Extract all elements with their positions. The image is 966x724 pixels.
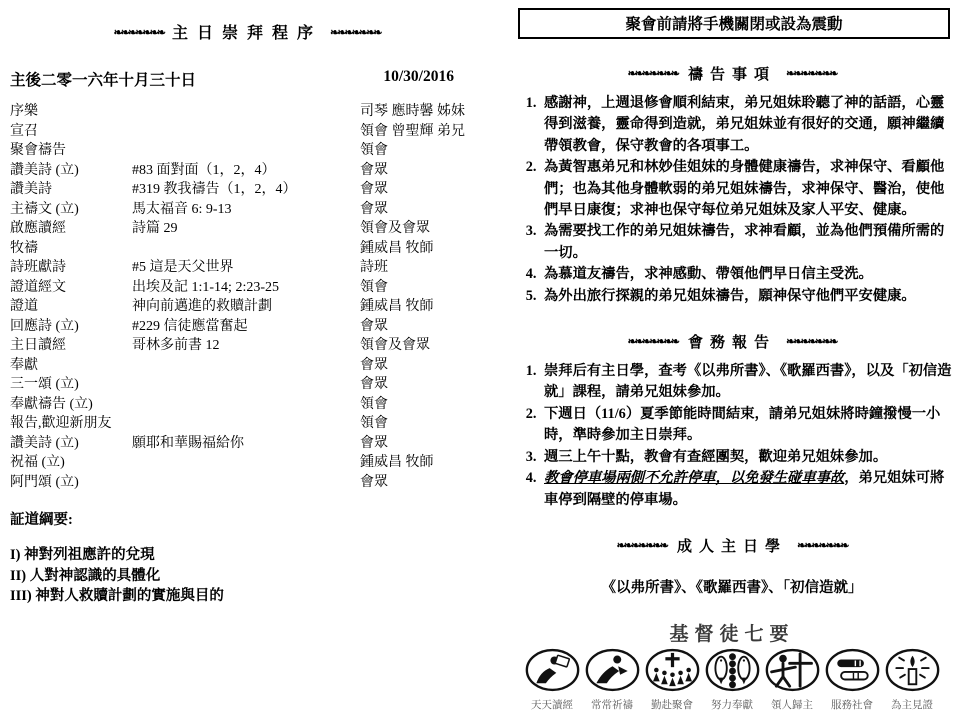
program-row: 祝福 (立) 鍾威昌 牧師: [10, 453, 484, 473]
program-row: 序樂 司琴 應時馨 姊妹: [10, 102, 484, 122]
essential-label: 為主見證: [883, 697, 942, 712]
program-item-label: 主禱文 (立): [10, 200, 132, 220]
sermon-outline-item: I) 神對列祖應許的兌現: [10, 545, 484, 566]
sermon-outline-item: III) 神對人救贖計劃的實施與目的: [10, 586, 484, 607]
program-row: 讚美詩 (立) 願耶和華賜福給你 會眾: [10, 434, 484, 454]
program-item-credit: 領會及會眾: [360, 219, 484, 239]
report-item: 崇拜后有主日學，查考《以弗所書》、《歌羅西書》，以及「初信造就」課程，請弟兄姐妹…: [540, 361, 958, 404]
report-item-text: 下週日（11/6）夏季節能時間結束，請弟兄姐妹將時鐘撥慢一小時，準時參加主日崇拜…: [544, 406, 940, 443]
sunday-school-books: 《以弗所書》、《歌羅西書》、「初信造就」: [506, 576, 958, 597]
scroll-ornament-icon: ❧❧❧❧❧❧❧: [627, 68, 678, 80]
program-item-label: 啟應讀經: [10, 219, 132, 239]
program-item-credit: 會眾: [360, 434, 484, 454]
program-item-credit: 會眾: [360, 317, 484, 337]
program-item-detail: 願耶和華賜福給你: [132, 434, 360, 454]
program-item-detail: #319 教我禱告（1，2，4）: [132, 180, 360, 200]
seven-essentials-icons-row: 天天讀經 常常祈禱 勤赴聚會: [506, 648, 958, 712]
program-row: 主日讀經 哥林多前書 12 領會及會眾: [10, 336, 484, 356]
program-item-detail: [132, 356, 360, 376]
program-row: 啟應讀經 詩篇 29 領會及會眾: [10, 219, 484, 239]
essential-gathering: 勤赴聚會: [643, 648, 702, 712]
sermon-outline-item: II) 人對神認識的具體化: [10, 566, 484, 587]
program-item-label: 報告,歡迎新朋友: [10, 414, 132, 434]
program-row: 回應詩 (立) #229 信徒應當奮起 會眾: [10, 317, 484, 337]
report-item: 下週日（11/6）夏季節能時間結束，請弟兄姐妹將時鐘撥慢一小時，準時參加主日崇拜…: [540, 404, 958, 447]
prayer-item: 為需要找工作的弟兄姐妹禱告，求神看顧，並為他們預備所需的一切。: [540, 221, 958, 264]
program-item-label: 聚會禱告: [10, 141, 132, 161]
service-date-row: 主後二零一六年十月三十日 10/30/2016: [10, 68, 484, 90]
program-item-credit: 司琴 應時馨 姊妹: [360, 102, 484, 122]
program-item-credit: 領會: [360, 395, 484, 415]
essential-evangelism: 領人歸主: [763, 648, 822, 712]
essential-reading: 天天讀經: [523, 648, 582, 712]
essential-prayer: 常常祈禱: [583, 648, 642, 712]
serving-icon: [824, 648, 881, 692]
scroll-ornament-icon: ❧❧❧❧❧❧❧: [113, 27, 164, 39]
program-item-credit: 會眾: [360, 356, 484, 376]
program-item-label: 宣召: [10, 122, 132, 142]
scroll-ornament-icon: ❧❧❧❧❧❧❧: [330, 27, 381, 39]
praying-icon: [584, 648, 641, 692]
essential-label: 領人歸主: [763, 697, 822, 712]
program-row: 阿門頌 (立) 會眾: [10, 473, 484, 493]
seven-essentials-title: 基督徒七要: [506, 619, 958, 646]
program-row: 牧禱 鍾威昌 牧師: [10, 239, 484, 259]
scroll-ornament-icon: ❧❧❧❧❧❧❧: [786, 336, 837, 348]
program-item-detail: #83 面對面（1，2，4）: [132, 161, 360, 181]
program-row: 奉獻 會眾: [10, 356, 484, 376]
prayer-item: 感謝神，上週退修會順利結束，弟兄姐妹聆聽了神的話語，心靈得到滋養，靈命得到造就，…: [540, 93, 958, 157]
service-date-numeric: 10/30/2016: [383, 68, 454, 90]
program-item-detail: [132, 141, 360, 161]
program-item-detail: [132, 395, 360, 415]
worship-program-column: ❧❧❧❧❧❧❧ 主日崇拜程序 ❧❧❧❧❧❧❧ 主後二零一六年十月三十日 10/3…: [10, 0, 484, 607]
program-item-label: 主日讀經: [10, 336, 132, 356]
program-item-detail: [132, 239, 360, 259]
program-item-credit: 會眾: [360, 161, 484, 181]
phone-notice-box: 聚會前請將手機關閉或設為震動: [518, 8, 950, 39]
essential-label: 常常祈禱: [583, 697, 642, 712]
program-item-detail: #5 這是天父世界: [132, 258, 360, 278]
program-item-label: 詩班獻詩: [10, 258, 132, 278]
reading-bible-icon: [524, 648, 581, 692]
program-row: 讚美詩 #319 教我禱告（1，2，4） 會眾: [10, 180, 484, 200]
program-row: 證道 神向前邁進的救贖計劃 鍾威昌 牧師: [10, 297, 484, 317]
program-item-detail: 詩篇 29: [132, 219, 360, 239]
program-item-credit: 鍾威昌 牧師: [360, 453, 484, 473]
essential-label: 服務社會: [823, 697, 882, 712]
program-item-label: 讚美詩 (立): [10, 161, 132, 181]
essential-service: 服務社會: [823, 648, 882, 712]
program-item-label: 祝福 (立): [10, 453, 132, 473]
program-item-detail: [132, 473, 360, 493]
program-item-detail: [132, 414, 360, 434]
sunday-school-header: ❧❧❧❧❧❧❧ 成人主日學 ❧❧❧❧❧❧❧: [506, 535, 958, 556]
witness-icon: [884, 648, 941, 692]
program-item-label: 回應詩 (立): [10, 317, 132, 337]
program-item-label: 證道: [10, 297, 132, 317]
program-item-detail: 馬太福音 6: 9-13: [132, 200, 360, 220]
page-title-row: ❧❧❧❧❧❧❧ 主日崇拜程序 ❧❧❧❧❧❧❧: [10, 20, 484, 43]
program-item-credit: 領會: [360, 141, 484, 161]
program-item-label: 奉獻禱告 (立): [10, 395, 132, 415]
program-item-detail: [132, 375, 360, 395]
program-item-credit: 會眾: [360, 180, 484, 200]
lead-to-lord-icon: [764, 648, 821, 692]
program-item-credit: 領會: [360, 278, 484, 298]
service-date-chinese: 主後二零一六年十月三十日: [10, 68, 196, 90]
program-item-credit: 鍾威昌 牧師: [360, 239, 484, 259]
essential-label: 努力奉獻: [703, 697, 762, 712]
program-item-label: 讚美詩: [10, 180, 132, 200]
scroll-ornament-icon: ❧❧❧❧❧❧❧: [797, 540, 848, 552]
worship-program-list: 序樂 司琴 應時馨 姊妹 宣召 領會 曾聖輝 弟兄 聚會禱告 領會 讚美詩 (立…: [10, 102, 484, 492]
program-item-detail: #229 信徒應當奮起: [132, 317, 360, 337]
program-item-detail: [132, 122, 360, 142]
report-items-list: 崇拜后有主日學，查考《以弗所書》、《歌羅西書》，以及「初信造就」課程，請弟兄姐妹…: [506, 361, 958, 511]
program-item-credit: 領會: [360, 414, 484, 434]
essential-offering: 努力奉獻: [703, 648, 762, 712]
essential-label: 天天讀經: [523, 697, 582, 712]
program-row: 三一頌 (立) 會眾: [10, 375, 484, 395]
report-section-header: ❧❧❧❧❧❧❧ 會務報告 ❧❧❧❧❧❧❧: [506, 331, 958, 352]
prayer-section-header: ❧❧❧❧❧❧❧ 禱告事項 ❧❧❧❧❧❧❧: [506, 63, 958, 84]
prayer-item: 為黃智惠弟兄和林妙佳姐妹的身體健康禱告，求神保守、看顧他們；也為其他身體軟弱的弟…: [540, 157, 958, 221]
report-item: 週三上午十點，教會有查經團契，歡迎弟兄姐妹參加。: [540, 447, 958, 468]
program-row: 詩班獻詩 #5 這是天父世界 詩班: [10, 258, 484, 278]
program-item-credit: 會眾: [360, 200, 484, 220]
sermon-outline-title: 証道綱要:: [10, 508, 484, 529]
essential-witness: 為主見證: [883, 648, 942, 712]
program-item-label: 奉獻: [10, 356, 132, 376]
page-title: 主日崇拜程序: [172, 25, 322, 42]
program-row: 報告,歡迎新朋友 領會: [10, 414, 484, 434]
program-row: 主禱文 (立) 馬太福音 6: 9-13 會眾: [10, 200, 484, 220]
program-item-label: 牧禱: [10, 239, 132, 259]
report-item: 教會停車場兩側不允許停車，以免發生碰車事故，弟兄姐妹可將車停到隔壁的停車場。: [540, 468, 958, 511]
program-item-detail: [132, 102, 360, 122]
program-row: 讚美詩 (立) #83 面對面（1，2，4） 會眾: [10, 161, 484, 181]
program-row: 聚會禱告 領會: [10, 141, 484, 161]
essential-label: 勤赴聚會: [643, 697, 702, 712]
program-item-credit: 會眾: [360, 473, 484, 493]
offering-icon: [704, 648, 761, 692]
program-item-detail: 神向前邁進的救贖計劃: [132, 297, 360, 317]
program-row: 宣召 領會 曾聖輝 弟兄: [10, 122, 484, 142]
prayer-item: 為慕道友禱告，求神感動、帶領他們早日信主受洗。: [540, 264, 958, 285]
scroll-ornament-icon: ❧❧❧❧❧❧❧: [616, 540, 667, 552]
program-row: 證道經文 出埃及記 1:1-14; 2:23-25 領會: [10, 278, 484, 298]
sermon-outline-list: I) 神對列祖應許的兌現 II) 人對神認識的具體化 III) 神對人救贖計劃的…: [10, 545, 484, 607]
report-item-text: 崇拜后有主日學，查考《以弗所書》、《歌羅西書》，以及「初信造就」課程，請弟兄姐妹…: [544, 363, 951, 400]
program-item-detail: 出埃及記 1:1-14; 2:23-25: [132, 278, 360, 298]
program-item-label: 阿門頌 (立): [10, 473, 132, 493]
prayer-item: 為外出旅行探親的弟兄姐妹禱告，願神保守他們平安健康。: [540, 286, 958, 307]
scroll-ornament-icon: ❧❧❧❧❧❧❧: [786, 68, 837, 80]
program-row: 奉獻禱告 (立) 領會: [10, 395, 484, 415]
report-item-emphasis: 教會停車場兩側不允許停車，以免發生碰車事故: [544, 470, 844, 486]
program-item-label: 讚美詩 (立): [10, 434, 132, 454]
program-item-credit: 會眾: [360, 375, 484, 395]
report-item-text: 週三上午十點，教會有查經團契，歡迎弟兄姐妹參加。: [544, 449, 887, 465]
program-item-credit: 鍾威昌 牧師: [360, 297, 484, 317]
program-item-credit: 詩班: [360, 258, 484, 278]
gathering-icon: [644, 648, 701, 692]
announcements-column: 聚會前請將手機關閉或設為震動 ❧❧❧❧❧❧❧ 禱告事項 ❧❧❧❧❧❧❧ 感謝神，…: [506, 0, 958, 712]
report-section-title: 會務報告: [688, 335, 776, 351]
prayer-section-title: 禱告事項: [688, 67, 776, 83]
program-item-credit: 領會 曾聖輝 弟兄: [360, 122, 484, 142]
prayer-items-list: 感謝神，上週退修會順利結束，弟兄姐妹聆聽了神的話語，心靈得到滋養，靈命得到造就，…: [506, 93, 958, 307]
sunday-school-title: 成人主日學: [677, 539, 787, 555]
program-item-label: 序樂: [10, 102, 132, 122]
scroll-ornament-icon: ❧❧❧❧❧❧❧: [627, 336, 678, 348]
program-item-detail: [132, 453, 360, 473]
program-item-credit: 領會及會眾: [360, 336, 484, 356]
program-item-label: 證道經文: [10, 278, 132, 298]
program-item-detail: 哥林多前書 12: [132, 336, 360, 356]
program-item-label: 三一頌 (立): [10, 375, 132, 395]
